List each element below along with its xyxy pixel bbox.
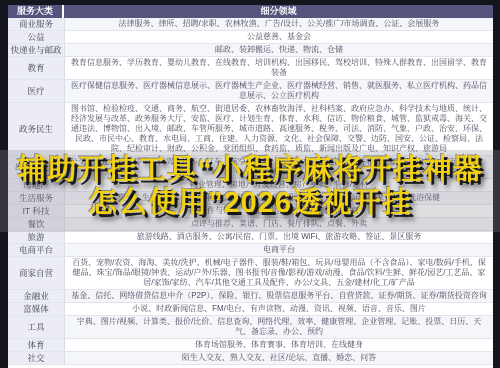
items-cell: 体育场馆服务、体育赛事、体育培训、在线健身 xyxy=(65,339,493,351)
items-cell: 票务、生活缴费、环保回收/废品回收、综合生活服务平台、休闲娱乐、搬家公司、洗浴保… xyxy=(65,192,493,204)
items-cell: 教育信息服务、学历教育、婴幼儿教育、在线教育、培训机构、出国移民、驾校培训、特殊… xyxy=(65,57,493,79)
items-cell: 陌生人交友、熟人交友、社区/论坛、直播、婚恋、问答 xyxy=(65,352,493,364)
table-row: 社交 陌生人交友、熟人交友、社区/论坛、直播、婚恋、问答 xyxy=(8,352,493,365)
items-cell: 点评与推荐、菜谱、门店、餐厅排队、点餐、外卖 xyxy=(65,218,493,230)
category-cell: 教育 xyxy=(8,57,65,79)
items-cell: 旅游线路、酒店服务、公寓/民宿、门票、出境 WiFi、旅游攻略、签证、景区服务 xyxy=(65,231,493,243)
table-row: IT 科技 硬件与设备、通信与运营商、软件服务提供商 xyxy=(8,205,493,218)
table-row: 政务民生 图书馆、检验检疫、交通、商务、航空、街道居委、农林畜牧海洋、社科档案、… xyxy=(8,103,493,156)
items-cell: 邮政、装卸搬运、快递、物流、仓储 xyxy=(65,44,493,56)
category-cell: 电商平台 xyxy=(8,244,65,256)
category-cell: 餐饮 xyxy=(8,218,65,230)
table-row: 商家自营 百货、宠物/农资、海淘、美妆/洗护、机械/电子器件、服装/鞋/箱包、玩… xyxy=(8,257,493,290)
table-row: 快递业与邮政 邮政、装卸搬运、快递、物流、仓储 xyxy=(8,44,493,57)
category-cell: 出行与交通 xyxy=(8,156,65,178)
items-cell: 医疗保健信息服务、医疗器械信息展示、医疗器械生产企业、医疗器械经营、销售、就医服… xyxy=(65,80,493,102)
category-cell: IT 科技 xyxy=(8,205,65,217)
category-cell: 富媒体 xyxy=(8,303,65,315)
table-row: 富媒体 小说、时政新闻信息、FM/电台、有声读物、动漫、资讯、视频、语音、音乐、… xyxy=(8,303,493,316)
header-cell-subfield: 细分领域 xyxy=(64,5,493,18)
category-cell: 房地产 xyxy=(8,179,65,191)
table-row: 工具 字典、图片/视频、计算类、报价/比价、信息查询、网络代理、效率、健康管理、… xyxy=(8,316,493,339)
items-cell: 硬件与设备、通信与运营商、软件服务提供商 xyxy=(65,205,493,217)
category-cell: 工具 xyxy=(8,316,65,338)
table-row: 生活服务 票务、生活缴费、环保回收/废品回收、综合生活服务平台、休闲娱乐、搬家公… xyxy=(8,192,493,205)
table-row: 房地产 物业管理、房地产开发经营、房产买卖、装修/建材 xyxy=(8,179,493,192)
header-cell-category: 服务大类 xyxy=(8,5,62,18)
category-cell: 生活服务 xyxy=(8,192,65,204)
table-row: 体育 体育场馆服务、体育赛事、体育培训、在线健身 xyxy=(8,339,493,352)
items-cell: 物业管理、房地产开发经营、房产买卖、装修/建材 xyxy=(65,179,493,191)
category-cell: 公益 xyxy=(8,31,65,43)
items-cell: 百货、宠物/农资、海淘、美妆/洗护、机械/电子器件、服装/鞋/箱包、玩具/母婴用… xyxy=(65,257,493,289)
table-row: 医疗 医疗保健信息服务、医疗器械信息展示、医疗器械生产企业、医疗器械经营、销售、… xyxy=(8,80,493,103)
items-cell: 图书馆、检验检疫、交通、商务、航空、街道居委、农林畜牧海洋、社科档案、政府应急办… xyxy=(65,103,493,155)
table-row: 教育 教育信息服务、学历教育、婴幼儿教育、在线教育、培训机构、出国移民、驾校培训… xyxy=(8,57,493,80)
category-cell: 商业服务 xyxy=(8,18,65,30)
items-cell: 小说、时政新闻信息、FM/电台、有声读物、动漫、资讯、视频、语音、音乐、图片 xyxy=(65,303,493,315)
table-row: 金融业 基金、信托、网络借贷信息中介（P2P）、保险、银行、股票信息服务平台、自… xyxy=(8,290,493,303)
table-row: 商业服务 法律服务、律所、招聘/求职、农林牧渔、广告/设计、公关/推广/市场调查… xyxy=(8,18,493,31)
items-cell: 电商平台 xyxy=(65,244,493,256)
category-cell: 体育 xyxy=(8,339,65,351)
category-cell: 旅游 xyxy=(8,231,65,243)
table-body: 商业服务 法律服务、律所、招聘/求职、农林牧渔、广告/设计、公关/推广/市场调查… xyxy=(8,18,493,365)
items-cell: 法律服务、律所、招聘/求职、农林牧渔、广告/设计、公关/推广/市场调查、公证、会… xyxy=(65,18,493,30)
table-header-row: 服务大类 细分领域 xyxy=(8,5,493,18)
items-cell: 字典、图片/视频、计算类、报价/比价、信息查询、网络代理、效率、健康管理、企业管… xyxy=(65,316,493,338)
table-row: 电商平台 电商平台 xyxy=(8,244,493,257)
table-row: 餐饮 点评与推荐、菜谱、门店、餐厅排队、点餐、外卖 xyxy=(8,218,493,231)
items-cell: 公益慈善、基金会 xyxy=(65,31,493,43)
category-cell: 政务民生 xyxy=(8,103,65,155)
category-cell: 商家自营 xyxy=(8,257,65,289)
table-row: 旅游 旅游线路、酒店服务、公寓/民宿、门票、出境 WiFi、旅游攻略、签证、景区… xyxy=(8,231,493,244)
category-cell: 医疗 xyxy=(8,80,65,102)
items-cell: 基金、信托、网络借贷信息中介（P2P）、保险、银行、股票信息服务平台、自营贷款、… xyxy=(65,290,493,302)
table-row: 出行与交通 公交、长途客运、停车、代驾、租车、打车、航空、火车、路况、水运、地铁… xyxy=(8,156,493,179)
category-cell: 金融业 xyxy=(8,290,65,302)
table-row: 公益 公益慈善、基金会 xyxy=(8,31,493,44)
category-cell: 社交 xyxy=(8,352,65,364)
items-cell: 公交、长途客运、停车、代驾、租车、打车、航空、火车、路况、水运、地铁、路桥收费、… xyxy=(65,156,493,178)
category-cell: 快递业与邮政 xyxy=(8,44,65,56)
category-table-card: 服务大类 细分领域 商业服务 法律服务、律所、招聘/求职、农林牧渔、广告/设计、… xyxy=(8,5,493,368)
